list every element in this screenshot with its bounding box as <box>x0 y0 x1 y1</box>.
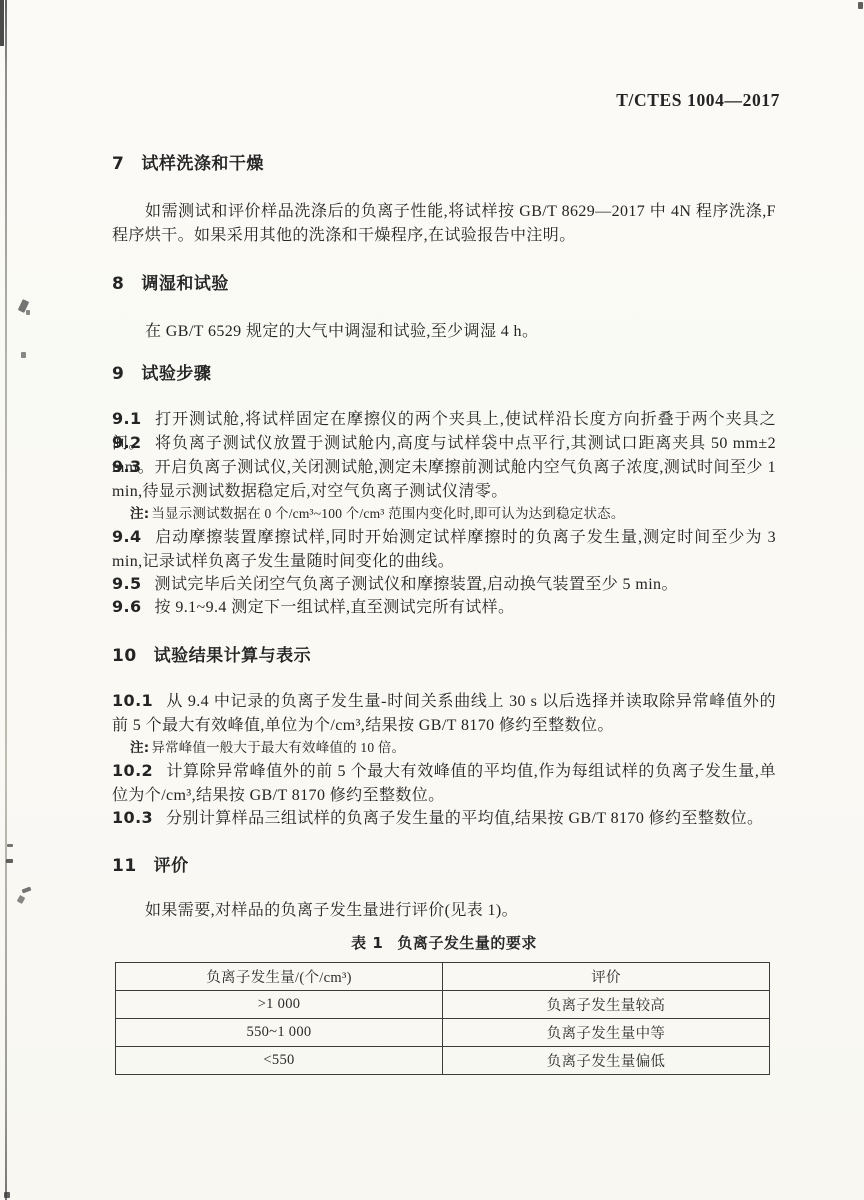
section-title: 评价 <box>154 856 189 876</box>
section-9-heading: 9试验步骤 <box>112 363 776 385</box>
note-10-1: 注:异常峰值一般大于最大有效峰值的 10 倍。 <box>112 736 794 761</box>
table-cell: 负离子发生量较高 <box>443 991 770 1019</box>
table-caption-label: 表 1 <box>351 934 383 952</box>
scan-ink-mark <box>17 895 26 904</box>
table-cell: 负离子发生量偏低 <box>443 1047 770 1075</box>
section-number: 9 <box>112 364 124 384</box>
note-label: 注: <box>130 506 149 522</box>
table-cell: 550~1 000 <box>116 1019 443 1047</box>
section-title: 试验步骤 <box>141 364 211 384</box>
scan-edge-line <box>5 0 7 1200</box>
scan-corner-mark <box>0 0 4 46</box>
table-header-cell: 评价 <box>443 963 770 991</box>
table-cell: 负离子发生量中等 <box>443 1019 770 1047</box>
clause-text: 启动摩擦装置摩擦试样,同时开始测定试样摩擦时的负离子发生量,测定时间至少为 3 … <box>112 529 776 570</box>
clause-9-6: 9.6按 9.1~9.4 测定下一组试样,直至测试完所有试样。 <box>112 595 776 620</box>
section-number: 10 <box>112 646 137 666</box>
section-title: 试验结果计算与表示 <box>154 646 312 666</box>
table-cell: >1 000 <box>116 991 443 1019</box>
clause-text: 测试完毕后关闭空气负离子测试仪和摩擦装置,启动换气装置至少 5 min。 <box>155 576 678 593</box>
scan-ink-mark <box>21 352 26 358</box>
section-11-heading: 11评价 <box>112 855 776 877</box>
section-title: 试样洗涤和干燥 <box>141 154 264 174</box>
clause-number: 9.1 <box>112 409 142 428</box>
table-1-requirements: 负离子发生量/(个/cm³) 评价 >1 000 负离子发生量较高 550~1 … <box>115 962 770 1075</box>
scan-ink-mark <box>26 310 30 315</box>
section-8-paragraph: 在 GB/T 6529 规定的大气中调湿和试验,至少调湿 4 h。 <box>112 320 776 344</box>
table-1-caption: 表 1负离子发生量的要求 <box>112 932 776 953</box>
table-cell: <550 <box>116 1047 443 1075</box>
note-text: 异常峰值一般大于最大有效峰值的 10 倍。 <box>151 740 405 755</box>
clause-text: 从 9.4 中记录的负离子发生量-时间关系曲线上 30 s 以后选择并读取除异常… <box>112 693 776 734</box>
scan-speck <box>858 2 863 9</box>
document-page: T/CTES 1004—2017 7试样洗涤和干燥 如需测试和评价样品洗涤后的负… <box>0 0 864 1200</box>
table-row: >1 000 负离子发生量较高 <box>116 991 770 1019</box>
clause-text: 开启负离子测试仪,关闭测试舱,测定未摩擦前测试舱内空气负离子浓度,测试时间至少 … <box>112 459 776 500</box>
clause-number: 10.3 <box>112 808 153 827</box>
table-row: 550~1 000 负离子发生量中等 <box>116 1019 770 1047</box>
clause-9-4: 9.4启动摩擦装置摩擦试样,同时开始测定试样摩擦时的负离子发生量,测定时间至少为… <box>112 525 776 573</box>
clause-9-3: 9.3开启负离子测试仪,关闭测试舱,测定未摩擦前测试舱内空气负离子浓度,测试时间… <box>112 455 776 503</box>
table-header-row: 负离子发生量/(个/cm³) 评价 <box>116 963 770 991</box>
note-9-3: 注:当显示测试数据在 0 个/cm³~100 个/cm³ 范围内变化时,即可认为… <box>112 502 794 527</box>
section-7-heading: 7试样洗涤和干燥 <box>112 153 776 175</box>
section-title: 调湿和试验 <box>141 274 229 294</box>
section-10-heading: 10试验结果计算与表示 <box>112 645 776 667</box>
note-label: 注: <box>130 740 149 756</box>
clause-10-2: 10.2计算除异常峰值外的前 5 个最大有效峰值的平均值,作为每组试样的负离子发… <box>112 759 776 807</box>
note-text: 当显示测试数据在 0 个/cm³~100 个/cm³ 范围内变化时,即可认为达到… <box>151 506 624 521</box>
table-caption-text: 负离子发生量的要求 <box>397 934 537 952</box>
clause-number: 9.2 <box>112 433 142 452</box>
scan-ink-mark <box>22 887 32 894</box>
standard-number-header: T/CTES 1004—2017 <box>616 90 780 111</box>
clause-text: 分别计算样品三组试样的负离子发生量的平均值,结果按 GB/T 8170 修约至整… <box>166 810 763 827</box>
section-number: 11 <box>112 856 137 876</box>
section-8-heading: 8调湿和试验 <box>112 273 776 295</box>
clause-number: 10.1 <box>112 691 153 710</box>
clause-number: 9.6 <box>112 597 142 616</box>
table-row: <550 负离子发生量偏低 <box>116 1047 770 1075</box>
clause-text: 计算除异常峰值外的前 5 个最大有效峰值的平均值,作为每组试样的负离子发生量,单… <box>112 763 776 804</box>
clause-10-3: 10.3分别计算样品三组试样的负离子发生量的平均值,结果按 GB/T 8170 … <box>112 806 776 831</box>
clause-number: 9.3 <box>112 457 142 476</box>
section-number: 8 <box>112 274 124 294</box>
section-7-paragraph: 如需测试和评价样品洗涤后的负离子性能,将试样按 GB/T 8629—2017 中… <box>112 200 776 247</box>
clause-9-5: 9.5测试完毕后关闭空气负离子测试仪和摩擦装置,启动换气装置至少 5 min。 <box>112 572 776 597</box>
section-11-paragraph: 如果需要,对样品的负离子发生量进行评价(见表 1)。 <box>112 899 776 923</box>
clause-number: 9.4 <box>112 527 142 546</box>
scan-ink-mark <box>4 1192 10 1198</box>
clause-number: 9.5 <box>112 574 142 593</box>
clause-text: 按 9.1~9.4 测定下一组试样,直至测试完所有试样。 <box>155 599 515 616</box>
scan-ink-mark <box>6 859 13 863</box>
table-header-cell: 负离子发生量/(个/cm³) <box>116 963 443 991</box>
clause-10-1: 10.1从 9.4 中记录的负离子发生量-时间关系曲线上 30 s 以后选择并读… <box>112 689 776 737</box>
scan-ink-mark <box>7 844 13 847</box>
clause-number: 10.2 <box>112 761 153 780</box>
section-number: 7 <box>112 154 124 174</box>
